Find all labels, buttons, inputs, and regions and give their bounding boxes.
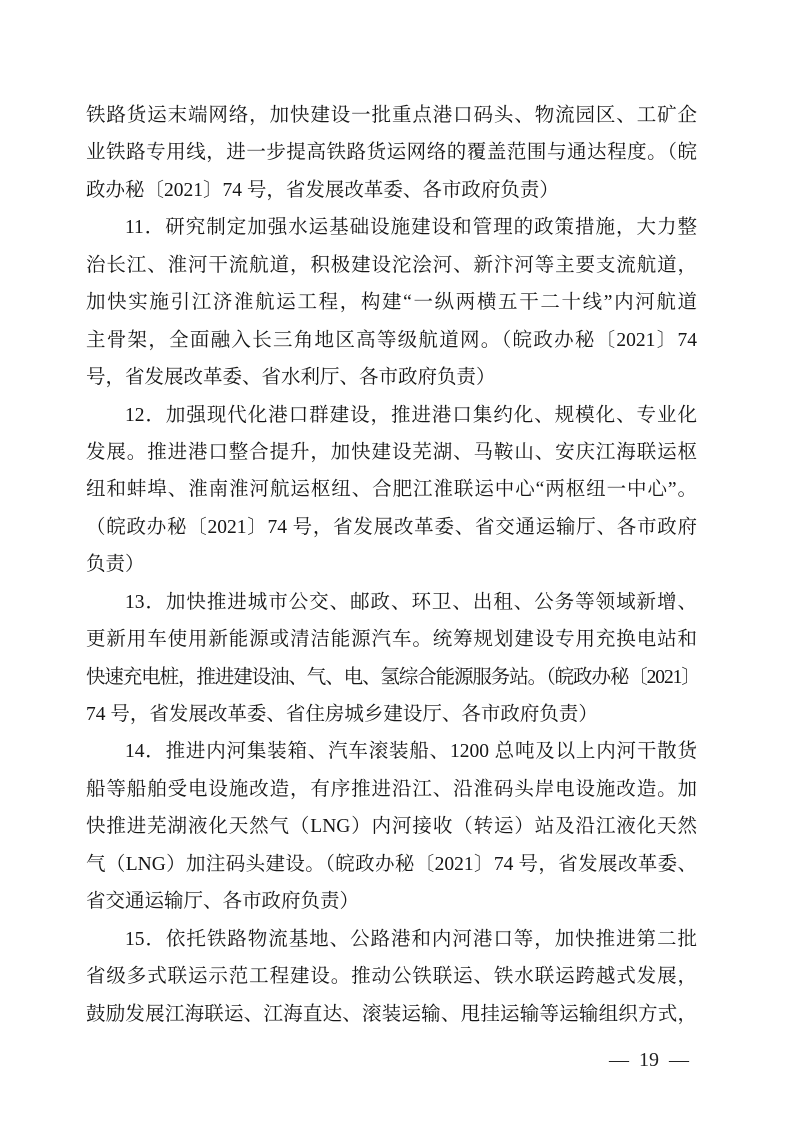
text-line-item-12: 12．加强现代化港口群建设，推进港口集约化、规模化、专业化	[86, 397, 697, 434]
text-line: 气（LNG）加注码头建设。（皖政办秘〔2021〕74 号，省发展改革委、	[86, 846, 697, 883]
text-line: 省交通运输厅、各市政府负责）	[86, 883, 697, 920]
page-number: — 19 —	[609, 1048, 689, 1072]
text-line: 加快实施引江济淮航运工程，构建“一纵两横五干二十线”内河航道	[86, 284, 697, 321]
text-line: 快推进芜湖液化天然气（LNG）内河接收（转运）站及沿江液化天然	[86, 808, 697, 845]
text-line: 政办秘〔2021〕74 号，省发展改革委、各市政府负责）	[86, 172, 697, 209]
text-line: 负责）	[86, 546, 697, 583]
text-line: 鼓励发展江海联运、江海直达、滚装运输、甩挂运输等运输组织方式，	[86, 996, 697, 1033]
text-line-item-11: 11．研究制定加强水运基础设施建设和管理的政策措施，大力整	[86, 209, 697, 246]
text-line: 治长江、淮河干流航道，积极建设沱浍河、新汴河等主要支流航道，	[86, 247, 697, 284]
text-line-item-13: 13．加快推进城市公交、邮政、环卫、出租、公务等领域新增、	[86, 584, 697, 621]
text-line: 铁路货运末端网络，加快建设一批重点港口码头、物流园区、工矿企	[86, 97, 697, 134]
text-line: 船等船舶受电设施改造，有序推进沿江、沿淮码头岸电设施改造。加	[86, 771, 697, 808]
text-line: 发展。推进港口整合提升，加快建设芜湖、马鞍山、安庆江海联运枢	[86, 434, 697, 471]
text-line: 主骨架，全面融入长三角地区高等级航道网。（皖政办秘〔2021〕74	[86, 322, 697, 359]
text-line: 更新用车使用新能源或清洁能源汽车。统筹规划建设专用充换电站和	[86, 621, 697, 658]
text-line: 省级多式联运示范工程建设。推动公铁联运、铁水联运跨越式发展，	[86, 958, 697, 995]
text-line: 号，省发展改革委、省水利厅、各市政府负责）	[86, 359, 697, 396]
text-line: 74 号，省发展改革委、省住房城乡建设厅、各市政府负责）	[86, 696, 697, 733]
text-line: 纽和蚌埠、淮南淮河航运枢纽、合肥江淮联运中心“两枢纽一中心”。	[86, 471, 697, 508]
body-text: 铁路货运末端网络，加快建设一批重点港口码头、物流园区、工矿企 业铁路专用线，进一…	[86, 97, 697, 1033]
text-line-item-15: 15．依托铁路物流基地、公路港和内河港口等，加快推进第二批	[86, 921, 697, 958]
text-line: 快速充电桩，推进建设油、气、电、氢综合能源服务站。（皖政办秘〔2021〕	[86, 659, 697, 696]
text-line: 业铁路专用线，进一步提高铁路货运网络的覆盖范围与通达程度。（皖	[86, 134, 697, 171]
text-line-item-14: 14．推进内河集装箱、汽车滚装船、1200 总吨及以上内河干散货	[86, 733, 697, 770]
text-line: （皖政办秘〔2021〕74 号，省发展改革委、省交通运输厅、各市政府	[86, 509, 697, 546]
document-page: 铁路货运末端网络，加快建设一批重点港口码头、物流园区、工矿企 业铁路专用线，进一…	[0, 0, 793, 1122]
